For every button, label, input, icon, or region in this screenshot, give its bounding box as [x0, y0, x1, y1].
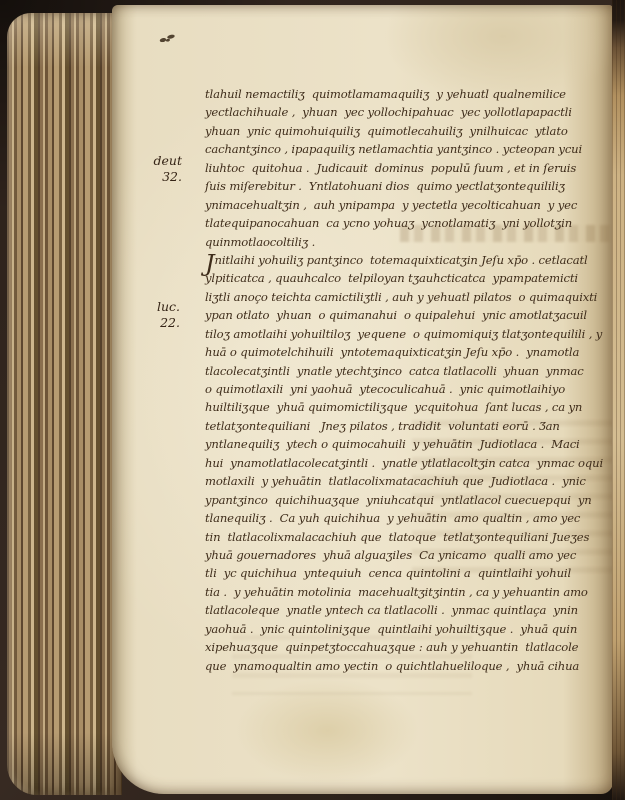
margin-note-text: deut [146, 153, 182, 169]
manuscript-line: tetlatʒontequiliani Jneʒ pilatos , tradi… [205, 417, 611, 435]
manuscript-line: yectlachihuale , yhuan yec yollochipahua… [205, 103, 611, 121]
manuscript-line: huā o quimotelchihuili yntotemaquixticat… [205, 343, 611, 361]
facing-page-edge [612, 0, 625, 800]
manuscript-line: tlacolecatʒintli ynatle ytechtʒinco catc… [205, 362, 611, 380]
manuscript-line: ynimacehualtʒin , auh ynipampa y yectetl… [205, 196, 611, 214]
manuscript-line: tli yc quichihua yntequiuh cenca quintol… [205, 564, 611, 582]
manuscript-line: tlahuil nemactiliʒ quimotlamamaquiliʒ y … [205, 85, 611, 103]
page-edges-stack [7, 13, 122, 795]
manuscript-line: yntlanequiliʒ ytech o quimocahuili y yeh… [205, 435, 611, 453]
manuscript-page: deut 32. luc. 22. tlahuil nemactiliʒ qui… [112, 5, 613, 794]
margin-note-text: 22. [144, 315, 180, 331]
ink-mark [157, 32, 178, 45]
manuscript-line: tlatequipanocahuan ca ycno yohuaʒ ycnotl… [205, 214, 611, 232]
manuscript-line: o quimotlaxili yni yaohuā ytecoculicahuā… [205, 380, 611, 398]
manuscript-line: Jnitlaihi yohuiliʒ pantʒinco totemaquixt… [205, 251, 611, 269]
margin-note-text: 32. [146, 169, 182, 185]
manuscript-line: motlaxili y yehuātin tlatlacolixmatacach… [205, 472, 611, 490]
manuscript-line: hui ynamotlatlacolecatʒintli . ynatle yt… [205, 454, 611, 472]
manuscript-line: ſuis miſerebitur . Yntlatohuani dios qui… [205, 177, 611, 195]
manuscript-line: ypantʒinco quichihuaʒque yniuhcatqui ynt… [205, 491, 611, 509]
manuscript-line: xipehuaʒque quinpetʒtoccahuaʒque : auh y… [205, 638, 611, 656]
margin-note-text: luc. [144, 299, 180, 315]
manuscript-line: yaohuā . ynic quintoliniʒque quintlaihi … [205, 620, 611, 638]
manuscript-line: tlatlacoleque ynatle yntech ca tlatlacol… [205, 601, 611, 619]
margin-note-luc-22: luc. 22. [144, 299, 180, 330]
manuscript-line: yhuā gouernadores yhuā alguaʒiles Ca yni… [205, 546, 611, 564]
manuscript-line: ypan otlato yhuan o quimanahui o quipale… [205, 306, 611, 324]
manuscript-line: cachantʒinco , ipapaquiliʒ netlamachtia … [205, 140, 611, 158]
manuscript-line: tia . y yehuātin motolinia macehualtʒitʒ… [205, 583, 611, 601]
manuscript-line: huiltiliʒque yhuā quimomictiliʒque ycqui… [205, 398, 611, 416]
manuscript-line: que ynamoqualtin amo yectin o quichtlahu… [205, 657, 611, 675]
manuscript-line: tin tlatlacolixmalacachiuh que tlatoque … [205, 528, 611, 546]
manuscript-line: tlanequiliʒ . Ca yuh quichihua y yehuāti… [205, 509, 611, 527]
text-block: tlahuil nemactiliʒ quimotlamamaquiliʒ y … [205, 85, 611, 675]
manuscript-line: liʒtli anoço teichta camictiliʒtli , auh… [205, 288, 611, 306]
manuscript-line: ylpiticatca , quauhcalco telpiloyan tʒau… [205, 269, 611, 287]
manuscript-line: yhuan ynic quimohuiquiliʒ quimotlecahuil… [205, 122, 611, 140]
manuscript-line: tiloʒ amotlaihi yohuiltiloʒ yequene o qu… [205, 325, 611, 343]
manuscript-line: quinmotlaocoltiliʒ . [205, 233, 611, 251]
manuscript-line: liuhtoc quitohua . Judicauit dominus pop… [205, 159, 611, 177]
margin-note-deut-32: deut 32. [146, 153, 182, 184]
